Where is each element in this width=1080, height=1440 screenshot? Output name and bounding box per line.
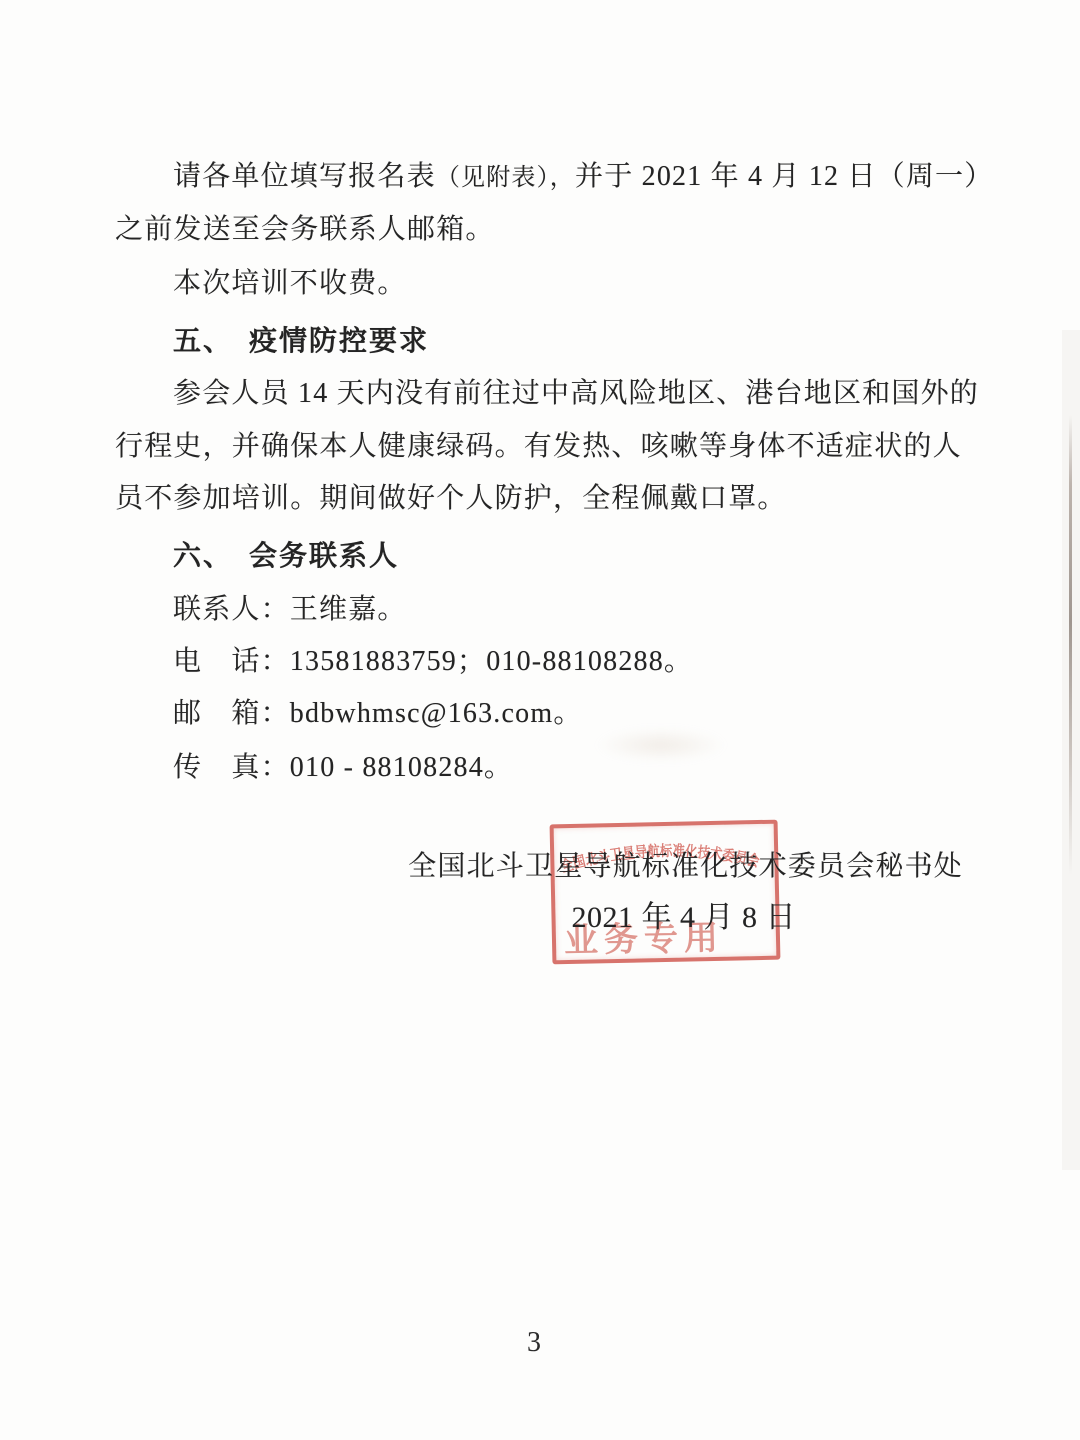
paragraph-line: 员不参加培训。期间做好个人防护，全程佩戴口罩。 bbox=[115, 482, 787, 516]
paragraph-line: 行程史，并确保本人健康绿码。有发热、咳嗽等身体不适症状的人 bbox=[115, 430, 962, 464]
scanned-document-page: 请各单位填写报名表（见附表），并于 2021 年 4 月 12 日（周一） 之前… bbox=[0, 0, 1080, 1440]
paragraph-text: 请各单位填写报名表 bbox=[173, 161, 436, 192]
scan-artifact-line bbox=[1069, 415, 1072, 875]
contact-fax-line: 传 真：010 - 88108284。 bbox=[173, 751, 513, 785]
contact-email-line: 邮 箱：bdbwhmsc@163.com。 bbox=[173, 697, 583, 731]
scan-smudge bbox=[596, 728, 726, 762]
section-heading-5: 五、 疫情防控要求 bbox=[173, 325, 429, 359]
paragraph-note-text: （见附表）， bbox=[436, 165, 575, 191]
contact-person-line: 联系人：王维嘉。 bbox=[173, 593, 407, 627]
page-number: 3 bbox=[0, 1327, 1068, 1359]
signature-organization: 全国北斗卫星导航标准化技术委员会秘书处 bbox=[115, 850, 963, 884]
section-heading-6: 六、 会务联系人 bbox=[173, 540, 399, 574]
official-stamp: 全国北斗卫星导航标准化技术委员会 业务专用 bbox=[550, 820, 781, 965]
paragraph-line: 之前发送至会务联系人邮箱。 bbox=[115, 213, 495, 247]
paragraph-line: 本次培训不收费。 bbox=[173, 267, 407, 301]
paragraph-line: 请各单位填写报名表（见附表），并于 2021 年 4 月 12 日（周一） bbox=[173, 160, 993, 195]
contact-phone-line: 电 话：13581883759；010-88108288。 bbox=[173, 645, 693, 679]
paragraph-text: 并于 2021 年 4 月 12 日（周一） bbox=[575, 161, 993, 192]
paragraph-line: 参会人员 14 天内没有前往过中高风险地区、港台地区和国外的 bbox=[173, 377, 979, 411]
signature-date: 2021 年 4 月 8 日 bbox=[115, 900, 796, 936]
